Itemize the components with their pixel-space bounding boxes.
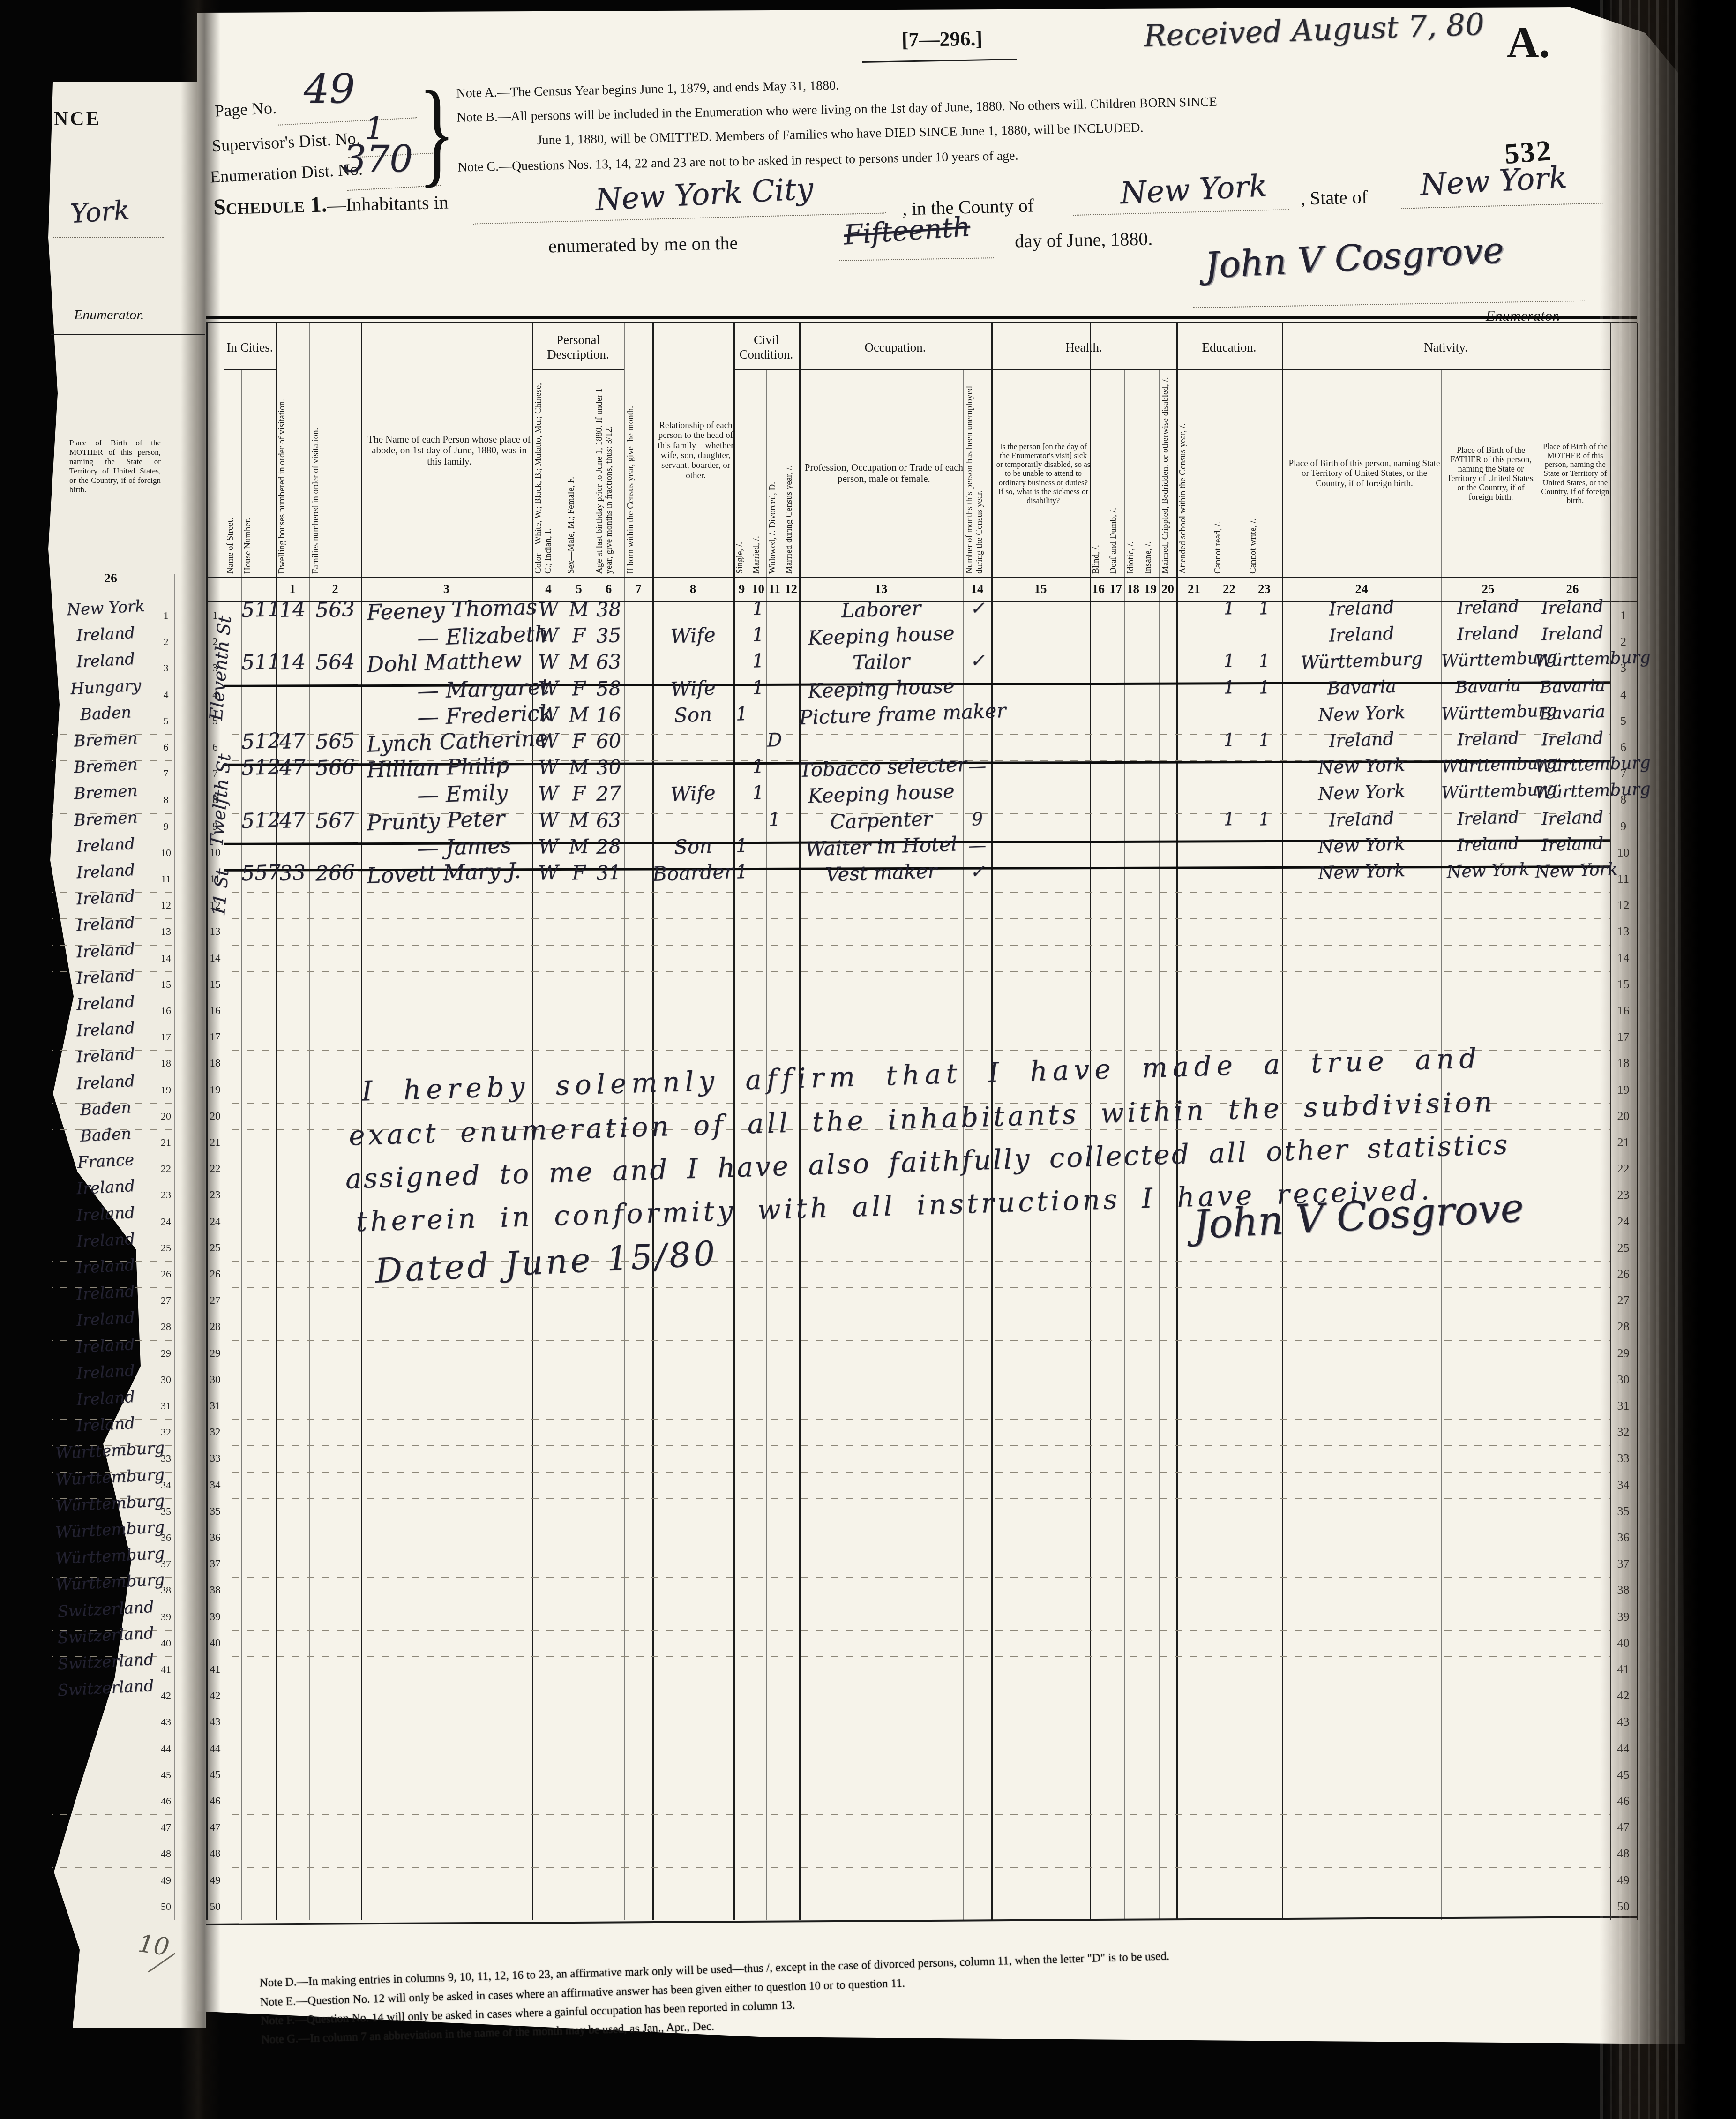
cell-c8: Boarder [652,860,734,886]
state-label: , State of [1300,186,1368,210]
strip-row-number: 24 [157,1209,174,1235]
row-number-left: 34 [206,1472,224,1498]
cell-c26: Bavaria [1534,702,1610,724]
strip-col26-header: Place of Birth of the MOTHER of this per… [69,438,161,495]
strip-fragment: NCE [54,108,101,130]
place-line [473,212,886,224]
cell-c6: 60 [592,729,625,753]
schedule-title: Schedule 1.—Inhabitants in [213,188,449,220]
cell-c22: 1 [1211,808,1247,830]
row-rule [224,1367,1610,1393]
strip-row-number: 42 [157,1683,174,1709]
cell-c26: New York [1534,860,1610,882]
cell-c22: 1 [1211,729,1247,751]
number-row-top-rule [206,577,1637,578]
cell-c9: 1 [733,703,750,725]
cell-c14: ✓ [963,597,991,619]
cell-c1: 14 [275,597,310,622]
enumerated-day: Fifteenth [843,210,971,251]
column-header-c1: Dwelling houses numbered in order of vis… [277,327,308,574]
row-rule [224,1472,1610,1499]
cell-c3: — Margaret [417,674,549,704]
state-line [1401,203,1603,209]
cell-c5: M [564,834,593,858]
row-number-left: 36 [206,1525,224,1551]
strip-row-number: 6 [157,734,174,760]
cell-c25: Bavaria [1441,675,1535,698]
column-header-c19: Insane, /. [1143,373,1158,574]
cell-c4: W [531,808,565,832]
row-number-left: 23 [206,1182,224,1208]
cell-c4: W [531,624,565,647]
cell-c3: Lovett Mary J. [366,857,521,888]
column-header-c12: Married during Census year, /. [784,373,798,574]
row-number-left: 31 [206,1393,224,1419]
row-number-left: 47 [206,1814,224,1841]
strip-row-number: 23 [157,1182,174,1208]
cell-c9: 1 [733,834,750,857]
strip-row-rule [52,1841,172,1867]
row-number-left: 18 [206,1050,224,1076]
row-number-left: 45 [206,1762,224,1788]
strip-handwriting-line [52,237,164,238]
strip-row-number: 11 [157,866,174,892]
column-number-c12: 12 [783,578,799,600]
strip-row-number: 31 [157,1393,174,1419]
strip-row-number: 28 [157,1314,174,1340]
cell-c25: Ireland [1441,833,1535,856]
row-number-left: 22 [206,1156,224,1182]
row-number-left: 50 [206,1894,224,1920]
row-rule [224,1577,1610,1604]
cell-c26: Württemburg [1534,781,1610,803]
cell-c6: 35 [592,624,625,647]
column-number-c17: 17 [1107,578,1124,600]
strip-row-number: 49 [157,1867,174,1894]
strip-row-number: 26 [157,1261,174,1287]
row-number-left: 37 [206,1551,224,1577]
group-header-personal: Personal Description. [532,326,624,368]
cell-house: 511 [241,650,276,675]
cell-c10: 1 [749,756,767,778]
census-page-photo: [7—296.] Received August 7, 80 A. 532 Pa… [0,0,1736,2119]
column-header-c18: Idiotic, /. [1126,373,1140,574]
enumeration-value: 370 [343,138,413,180]
cell-c6: 16 [592,703,625,727]
row-rule [224,1314,1610,1340]
cell-c1: 14 [275,650,310,675]
cell-c26: Württemburg [1534,754,1610,776]
cell-c8: Wife [652,676,734,701]
strip-row-rule [52,1894,172,1920]
cell-c2: 566 [309,755,361,781]
cell-c5: F [564,624,593,647]
row-rule [224,1287,1610,1314]
row-number-left: 15 [206,971,224,998]
strip-row-rule [52,1814,172,1841]
cell-c26: Bavaria [1534,676,1610,698]
row-rule [224,1393,1610,1420]
column-number-c10: 10 [750,578,766,600]
row-rule [224,971,1610,998]
cell-c5: F [564,781,593,805]
schedule-title-main: Schedule 1. [213,192,327,219]
cell-c14: ✓ [963,650,991,671]
cell-house: 512 [241,808,276,833]
cell-c4: W [531,755,565,779]
cell-c26: Ireland [1534,834,1610,856]
cell-c11: D [766,729,783,751]
cell-c4: W [531,861,565,885]
cell-c3: Hillian Philip [366,752,509,783]
cell-c2: 564 [309,649,361,675]
cell-c2: 266 [309,860,361,886]
cell-c4: W [531,597,565,621]
cell-c6: 63 [592,808,625,832]
strip-row-number: 10 [157,840,174,866]
enumeration-label: Enumeration Dist. No. [210,159,363,187]
group-rule-occupation [799,369,991,370]
row-number-left: 43 [206,1709,224,1735]
cell-c26: Ireland [1534,728,1610,750]
column-header-c7: If born within the Census year, give the… [626,327,651,574]
enumerated-day-line [839,257,994,261]
row-number-left: 30 [206,1367,224,1393]
cell-c14: ✓ [963,861,991,882]
cell-c10: 1 [749,597,767,619]
column-header-c11: Widowed, /. Divorced, D. [768,373,781,574]
strip-row-number: 18 [157,1050,174,1076]
strip-row-number: 4 [157,682,174,708]
cell-c6: 63 [592,650,625,674]
binding-streaks [1600,0,1684,2119]
column-number-c20: 20 [1159,578,1176,600]
group-header-health: Health. [991,326,1176,368]
column-number-c16: 16 [1090,578,1107,600]
row-rule [224,1419,1610,1446]
strip-row-number: 39 [157,1604,174,1630]
cell-c4: W [531,834,565,858]
strip-row-number: 43 [157,1709,174,1735]
cell-c25: Württemburg [1441,754,1535,777]
row-rule [224,998,1610,1024]
row-number-left: 33 [206,1445,224,1472]
column-number-c5: 5 [565,578,593,600]
cell-c25: Ireland [1441,728,1535,751]
strip-row-number: 20 [157,1103,174,1129]
strip-row-number: 12 [157,892,174,918]
row-rule [224,918,1610,945]
page-no-value: 49 [304,66,355,113]
cell-c5: F [564,861,593,885]
strip-row-number: 27 [157,1287,174,1314]
column-header-c15: Is the person [on the day of the Enumera… [993,373,1093,574]
strip-row-number: 14 [157,945,174,971]
row-number-left: 40 [206,1630,224,1656]
cell-c8: Son [652,702,734,728]
row-number-left: 48 [206,1841,224,1867]
cell-c26: Ireland [1534,807,1610,829]
row-number-left: 44 [206,1736,224,1762]
cell-c8: Son [652,834,734,859]
row-number-left: 21 [206,1129,224,1156]
strip-row-number: 2 [157,629,174,655]
row-number-left: 14 [206,945,224,971]
row-rule [224,1525,1610,1551]
strip-row-number: 17 [157,1024,174,1050]
row-rule [224,1445,1610,1472]
cell-c23: 1 [1246,676,1282,698]
cell-c3: — James [417,832,512,861]
row-number-left: 19 [206,1077,224,1103]
strip-row-number: 50 [157,1894,174,1920]
column-header-c22: Cannot read, /. [1213,373,1245,574]
group-rule-in_cities [224,369,276,370]
column-header-c17: Deaf and Dumb, /. [1108,373,1123,574]
strip-row-number: 15 [157,971,174,998]
column-header-c5: Sex—Male, M.; Female, F. [566,373,591,574]
row-number-left: 25 [206,1235,224,1261]
row-number-left: 35 [206,1498,224,1525]
cell-c6: 38 [592,597,625,621]
row-number-left: 26 [206,1261,224,1287]
page-no-label: Page No. [214,98,277,121]
column-header-c2: Families numbered in order of visitation… [311,327,359,574]
row-number-left: 24 [206,1209,224,1235]
strip-number-column-line [174,574,175,1920]
row-number-left: 32 [206,1419,224,1445]
column-header-c6: Age at last birthday prior to June 1, 18… [594,373,623,574]
strip-row-rule [52,1709,172,1736]
column-number-c19: 19 [1142,578,1159,600]
cell-c22: 1 [1211,650,1247,672]
column-header-c16: Blind, /. [1091,373,1106,574]
row-rule [224,1498,1610,1525]
cell-c25: Württemburg [1441,781,1535,803]
strip-enumerator-rule [51,334,205,335]
strip-row-number: 3 [157,655,174,681]
row-rule [224,892,1610,919]
street-name: 11 St [208,867,241,917]
strip-row-number: 9 [157,813,174,840]
row-number-left: 27 [206,1287,224,1314]
row-rule [224,1656,1610,1683]
cell-c2: 565 [309,729,361,754]
cell-c14: — [963,755,991,777]
group-header-nativity: Nativity. [1282,326,1610,368]
strip-row-number: 30 [157,1367,174,1393]
row-rule [224,945,1610,972]
cell-c5: F [564,676,593,700]
group-header-occupation: Occupation. [799,326,991,368]
strip-row-number: 41 [157,1656,174,1683]
row-number-left: 16 [206,998,224,1024]
enumerated-prefix: enumerated by me on the [548,232,738,257]
strip-row-rule [52,1736,172,1762]
cell-c25: Ireland [1441,807,1535,829]
column-header-c25: Place of Birth of the FATHER of this per… [1443,373,1539,574]
state-value: New York [1419,160,1568,203]
row-number-left: 17 [206,1024,224,1050]
row-number-left: 38 [206,1577,224,1603]
row-number-left: 13 [206,918,224,945]
cell-c6: 28 [592,834,625,858]
strip-row-number: 5 [157,708,174,734]
cell-c6: 30 [592,755,625,779]
column-number-c6: 6 [593,578,624,600]
strip-row-number: 1 [157,602,174,629]
strip-row-number: 45 [157,1762,174,1788]
strip-row-number: 21 [157,1129,174,1156]
cell-c6: 27 [592,781,625,805]
column-number-c8: 8 [652,578,733,600]
column-header-c3: The Name of each Person whose place of a… [363,327,536,574]
column-header-c10: Married, /. [751,373,765,574]
cell-c23: 1 [1246,597,1282,619]
cell-house: 557 [241,861,276,886]
column-number-c15: 15 [991,578,1090,600]
cell-c2: 563 [309,597,361,623]
schedule-title-rest: —Inhabitants in [327,191,449,216]
column-number-c23: 23 [1247,578,1282,600]
column-header-c24: Place of Birth of this person, naming St… [1284,373,1445,574]
row-rule [224,1814,1610,1841]
column-header-street: Name of Street. [225,373,240,574]
column-number-c1: 1 [276,578,309,600]
cell-c8: Wife [652,623,734,648]
column-header-c8: Relationship of each person to the head … [654,327,737,574]
group-rule-health [991,369,1176,370]
county-value: New York [1119,169,1268,211]
cell-house: 512 [241,729,276,754]
strip-row-number: 8 [157,787,174,813]
notes-block: Note A.—The Census Year begins June 1, 1… [456,64,1517,175]
page-content: [7—296.] Received August 7, 80 A. 532 Pa… [0,0,1736,2119]
row-number-left: 28 [206,1314,224,1340]
column-number-c7: 7 [624,578,652,600]
column-header-c13: Profession, Occupation or Trade of each … [801,373,967,574]
supervisor-label: Supervisor's Dist. No. [211,128,360,156]
row-rule [224,1894,1610,1920]
strip-row-number: 40 [157,1630,174,1656]
cell-c8: Wife [652,781,734,806]
cell-c22: 1 [1211,676,1247,698]
row-rule [224,1736,1610,1762]
brace: } [419,66,455,201]
strip-col26-number: 26 [104,571,117,586]
cell-c23: 1 [1246,729,1282,751]
cell-c3: — Emily [417,780,508,808]
cell-c25: Württemburg [1441,701,1535,724]
cell-c5: M [564,597,593,621]
column-header-house: House Number. [243,373,274,574]
strip-handwriting: York [69,195,131,230]
table-top-rule [206,316,1637,319]
row-rule [224,1841,1610,1867]
cell-c5: M [564,703,593,727]
cell-c10: 1 [749,650,767,672]
cell-c1: 47 [275,729,310,754]
row-rule [224,1709,1610,1736]
row-rule [224,1340,1610,1367]
row-number-left: 29 [206,1340,224,1367]
column-header-c9: Single, /. [735,373,748,574]
cell-c4: W [531,650,565,674]
column-header-c4: Color—White, W.; Black, B.; Mulatto, Mu.… [533,373,563,574]
cell-c9: 1 [733,861,750,883]
cell-c5: M [564,650,593,674]
cell-c26: Ireland [1534,596,1610,618]
cell-c3: — Elizabeth [417,621,549,651]
county-line [1073,209,1289,216]
corner-letter: A. [1507,16,1550,68]
column-number-c14: 14 [963,578,991,600]
cell-c6: 31 [592,861,625,885]
group-header-education: Education. [1176,326,1282,368]
strip-row-number: 22 [157,1156,174,1182]
cell-c5: F [564,729,593,753]
strip-pencil-mark: 10 [136,1930,171,1962]
footer-notes: Note D.—In making entries in columns 9, … [259,1940,1479,2046]
strip-enumerator-label: Enumerator. [74,307,144,323]
cell-c26: Ireland [1534,623,1610,645]
strip-row-number: 16 [157,998,174,1024]
cell-c4: W [531,781,565,805]
strip-row-rule [52,1762,172,1788]
form-number: [7—296.] [844,25,1041,53]
strip-row-number: 46 [157,1788,174,1814]
cell-c23: 1 [1246,650,1282,672]
cell-c23: 1 [1246,808,1282,830]
strip-row-number: 29 [157,1340,174,1367]
strip-row-rule [52,1867,172,1894]
row-number-left: 41 [206,1656,224,1683]
cell-c1: 47 [275,755,310,780]
cell-c4: W [531,676,565,700]
group-header-in_cities: In Cities. [224,326,276,368]
column-number-c11: 11 [766,578,783,600]
cell-house: 511 [241,597,276,623]
row-number-left: 49 [206,1867,224,1894]
strip-row-number: 25 [157,1235,174,1261]
cell-c2: 567 [309,808,361,834]
group-rule-education [1176,369,1282,370]
cell-c25: New York [1441,860,1535,882]
cell-c4: W [531,703,565,727]
column-header-c23: Cannot write, /. [1248,373,1280,574]
cell-c5: M [564,755,593,779]
column-number-c22: 22 [1212,578,1247,600]
cell-c10: 1 [749,624,767,646]
column-header-c20: Maimed, Crippled, Bedridden, or otherwis… [1160,373,1175,574]
strip-row-number: 7 [157,760,174,787]
column-number-c4: 4 [532,578,565,600]
strip-row-number: 48 [157,1841,174,1867]
cell-c11: 1 [766,808,783,830]
enumerated-suffix: day of June, 1880. [1015,227,1153,252]
column-header-c21: Attended school within the Census year, … [1178,373,1210,574]
cell-c14: — [963,834,991,856]
group-header-civil: Civil Condition. [733,326,799,368]
strip-row-rule [52,1788,172,1815]
enumerator-signature: John V Cosgrove [1204,229,1505,286]
cell-c4: W [531,729,565,753]
cell-c10: 1 [749,676,767,699]
strip-row-number: 47 [157,1814,174,1841]
form-number-rule [862,59,1017,63]
row-number-left: 42 [206,1683,224,1709]
column-number-c21: 21 [1176,578,1212,600]
